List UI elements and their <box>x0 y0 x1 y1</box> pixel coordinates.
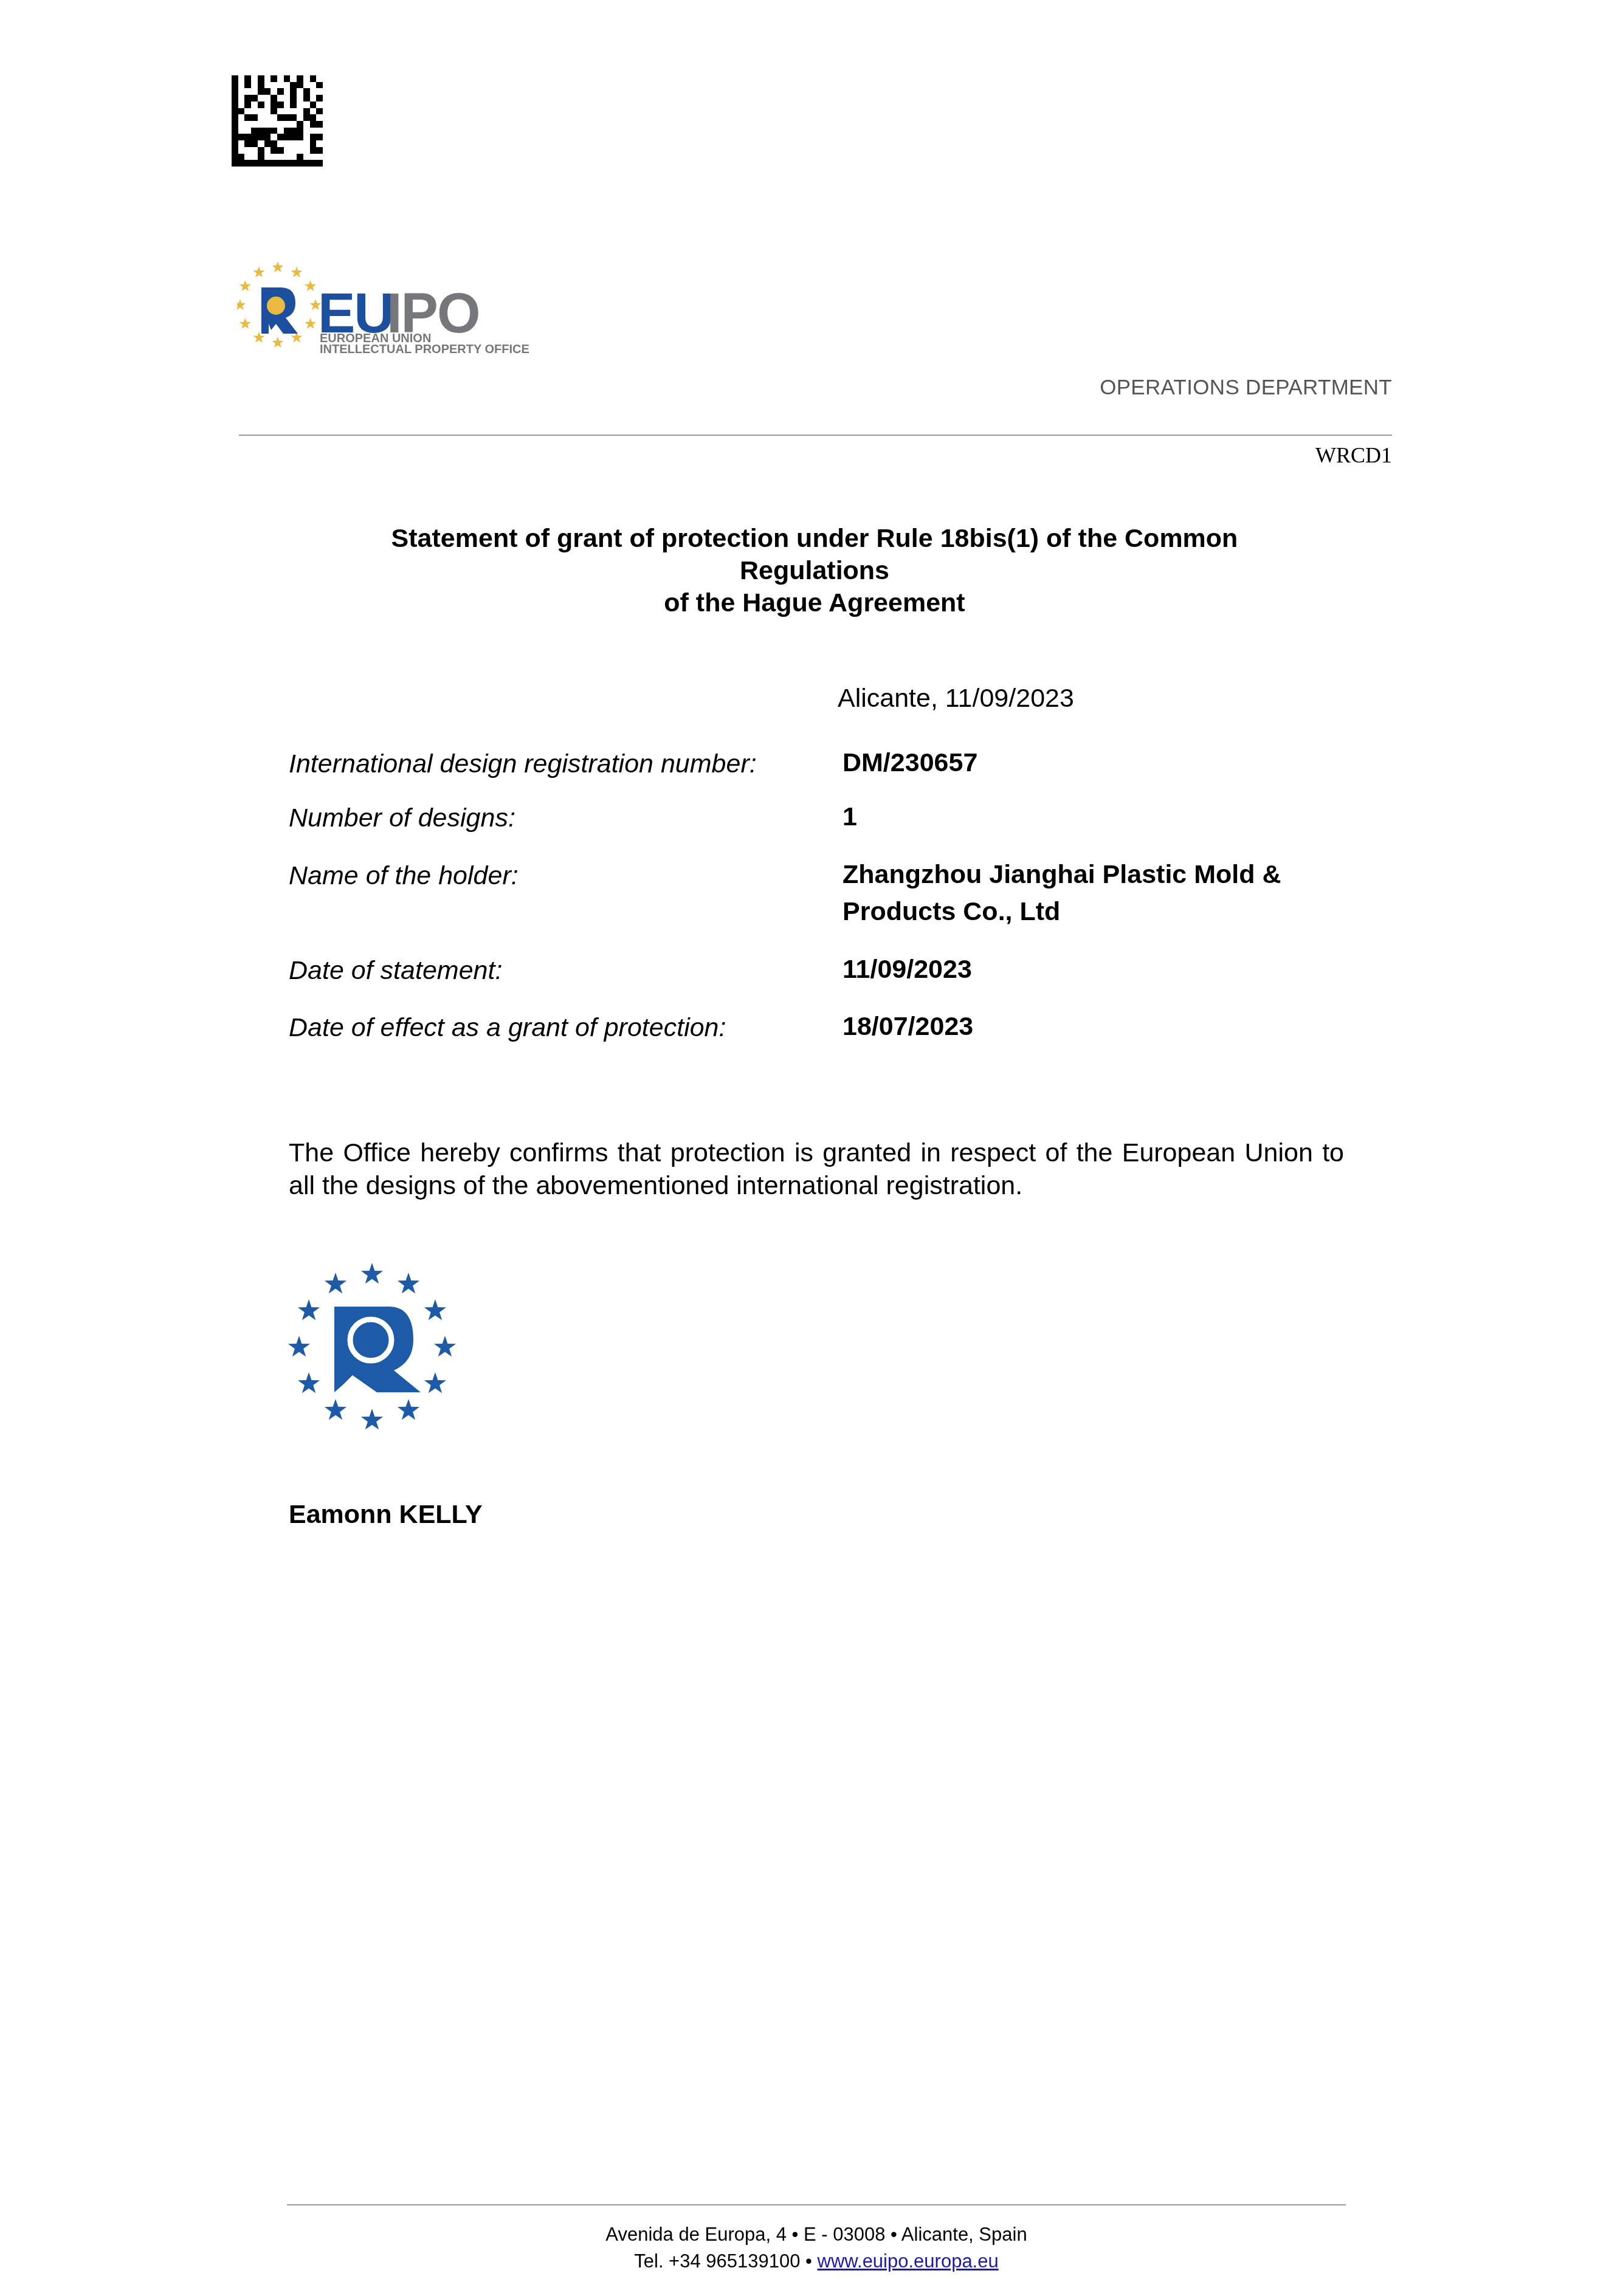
title-line: of the Hague Agreement <box>292 587 1337 619</box>
signatory-name: Eamonn KELLY <box>289 1500 483 1530</box>
footer: Avenida de Europa, 4 • E - 03008 • Alica… <box>287 2221 1346 2275</box>
form-code: WRCD1 <box>1315 442 1392 468</box>
confirmation-paragraph: The Office hereby confirms that protecti… <box>289 1136 1344 1202</box>
footer-address: Avenida de Europa, 4 • E - 03008 • Alica… <box>287 2221 1346 2248</box>
logo-subtitle-line2: INTELLECTUAL PROPERTY OFFICE <box>320 343 529 356</box>
field-value-holder-name: Zhangzhou Jianghai Plastic Mold & Produc… <box>843 856 1365 930</box>
footer-contact: Tel. +34 965139100 • www.euipo.europa.eu <box>287 2248 1346 2275</box>
field-value-date-of-effect: 18/07/2023 <box>843 1008 1365 1045</box>
field-label-registration-number: International design registration number… <box>289 749 757 779</box>
department-label: OPERATIONS DEPARTMENT <box>1100 376 1392 400</box>
document-title: Statement of grant of protection under R… <box>292 523 1337 619</box>
field-value-number-of-designs: 1 <box>843 799 1365 836</box>
field-value-date-of-statement: 11/09/2023 <box>843 951 1365 988</box>
footer-phone: Tel. +34 965139100 • <box>634 2250 817 2272</box>
euipo-seal-icon <box>286 1261 459 1434</box>
field-value-registration-number: DM/230657 <box>843 744 1365 782</box>
title-line: Statement of grant of protection under R… <box>292 523 1337 555</box>
field-label-number-of-designs: Number of designs: <box>289 803 515 833</box>
header-divider <box>239 435 1392 436</box>
field-label-holder-name: Name of the holder: <box>289 861 519 891</box>
field-label-date-of-effect: Date of effect as a grant of protection: <box>289 1013 726 1043</box>
place-and-date: Alicante, 11/09/2023 <box>838 684 1074 713</box>
datamatrix-code <box>232 75 323 167</box>
title-line: Regulations <box>292 555 1337 587</box>
website-link[interactable]: www.euipo.europa.eu <box>818 2250 999 2272</box>
footer-divider <box>287 2204 1346 2205</box>
euipo-logo: EU IPO EUROPEAN UNION INTELLECTUAL PROPE… <box>237 258 577 356</box>
field-label-date-of-statement: Date of statement: <box>289 956 502 986</box>
r-emblem-icon <box>261 287 298 334</box>
